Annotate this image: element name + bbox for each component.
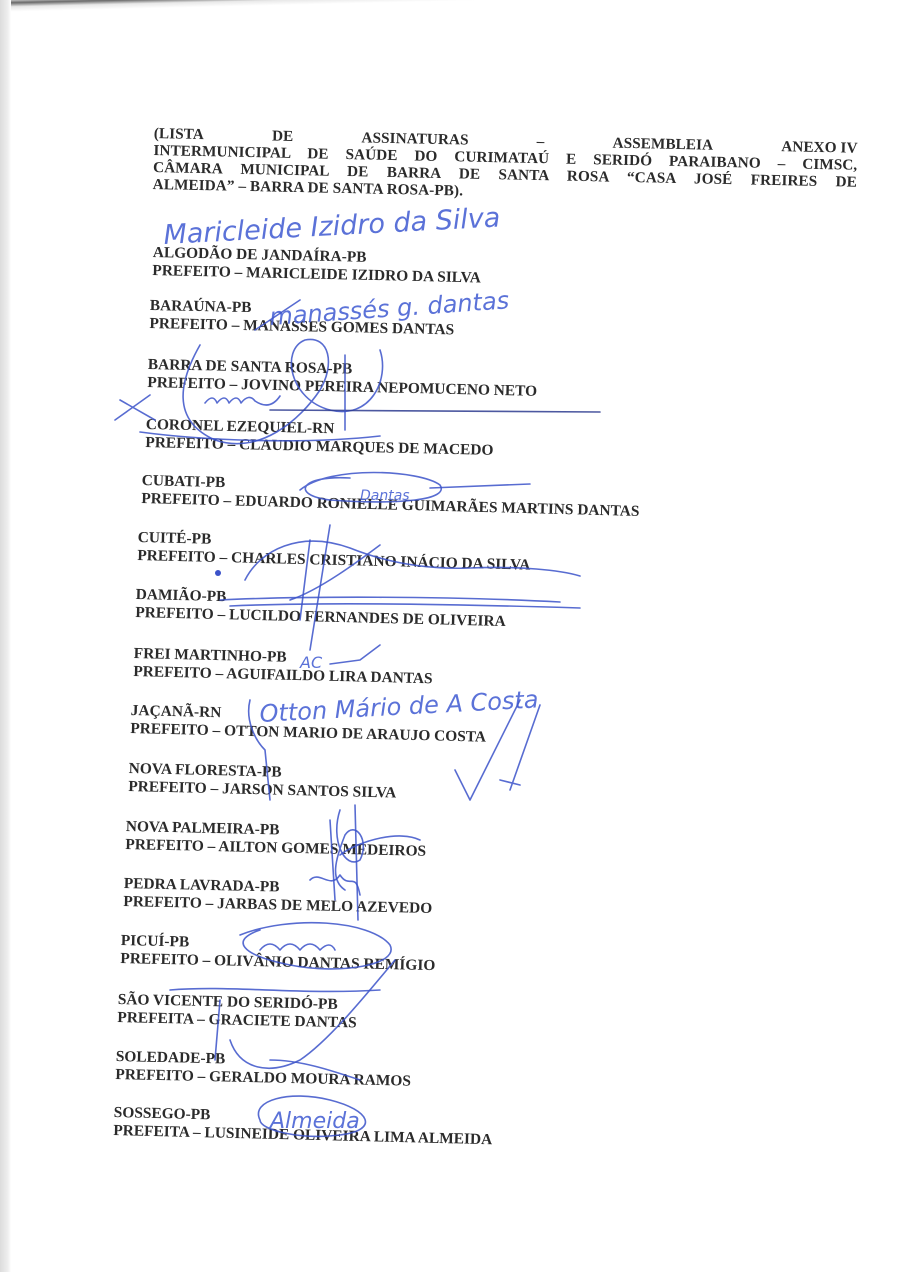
header-word: ASSINATURAS <box>361 129 469 148</box>
signatory-entry: FREI MARTINHO-PBPREFEITO – AGUIFAILDO LI… <box>133 645 433 688</box>
signatory-entry: SÃO VICENTE DO SERIDÓ-PBPREFEITA – GRACI… <box>117 991 357 1032</box>
signatory-entry: PICUÍ-PBPREFEITO – OLIVÂNIO DANTAS REMÍG… <box>120 932 436 975</box>
signatory-entry: PEDRA LAVRADA-PBPREFEITO – JARBAS DE MEL… <box>123 875 433 918</box>
signatory-entry: SOLEDADE-PBPREFEITO – GERALDO MOURA RAMO… <box>115 1048 411 1091</box>
signatory-entry: CUBATI-PBPREFEITO – EDUARDO RONIELLE GUI… <box>141 472 640 521</box>
header-word: – <box>537 133 545 150</box>
signatory-entry: CORONEL EZEQUIEL-RNPREFEITO – CLAUDIO MA… <box>145 416 494 460</box>
signatory-entry: DAMIÃO-PBPREFEITO – LUCILDO FERNANDES DE… <box>135 586 506 631</box>
signatory-entry: SOSSEGO-PBPREFEITA – LUSINEIDE OLIVEIRA … <box>113 1104 493 1149</box>
header-word: ASSEMBLEIA <box>612 135 713 154</box>
scan-left-edge <box>0 0 11 1272</box>
signatory-entry: BARRA DE SANTA ROSA-PBPREFEITO – JOVINO … <box>147 356 538 401</box>
signatory-entry: BARAÚNA-PBPREFEITO – MANASSES GOMES DANT… <box>149 297 454 339</box>
signatory-entry: JAÇANÃ-RNPREFEITO – OTTON MARIO DE ARAUJ… <box>130 702 487 747</box>
signatory-entry: CUITÉ-PBPREFEITO – CHARLES CRISTIANO INÁ… <box>137 529 531 575</box>
signature-algodao: Maricleide Izidro da Silva <box>163 202 501 251</box>
signatory-entry: ALGODÃO DE JANDAÍRA-PBPREFEITO – MARICLE… <box>152 244 481 287</box>
signatory-entry: NOVA FLORESTA-PBPREFEITO – JARSON SANTOS… <box>128 760 397 803</box>
header-word: (LISTA <box>154 125 204 143</box>
header-word: DE <box>272 127 294 144</box>
annex-label: ANEXO IV <box>781 138 858 157</box>
scan-top-edge <box>0 0 900 14</box>
signatory-entry: NOVA PALMEIRA-PBPREFEITO – AILTON GOMES … <box>125 818 427 861</box>
document-header: (LISTA DE ASSINATURAS – ASSEMBLEIA GERAL… <box>153 125 858 208</box>
